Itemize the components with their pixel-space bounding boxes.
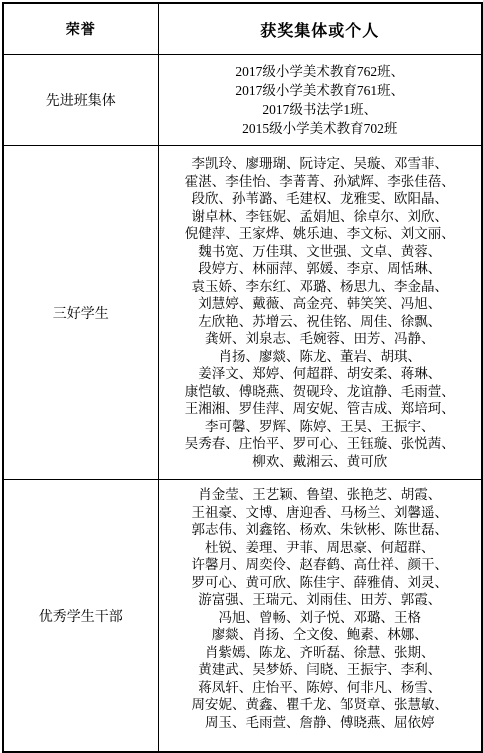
- column-header-recipients: 获奖集体或个人: [158, 3, 482, 55]
- recipients-cell-advanced-class: 2017级小学美术教育762班、 2017级小学美术教育761班、 2017级书…: [158, 55, 482, 146]
- honor-cell-advanced-class: 先进班集体: [3, 55, 158, 146]
- honor-cell-outstanding-cadres: 优秀学生干部: [3, 480, 158, 753]
- table-header-row: 荣誉 获奖集体或个人: [3, 3, 482, 55]
- honor-label: 优秀学生干部: [4, 606, 158, 626]
- column-header-recipients-label: 获奖集体或个人: [260, 23, 379, 40]
- table-row-outstanding-cadres: 优秀学生干部 肖金莹、王艺颖、鲁望、张艳芝、胡霞、 王祖豪、文博、唐迎香、马杨兰…: [3, 480, 482, 753]
- table-row-advanced-class: 先进班集体 2017级小学美术教育762班、 2017级小学美术教育761班、 …: [3, 55, 482, 146]
- recipients-list: 李凯玲、廖珊瑚、阮诗定、吴璇、邓雪菲、 霍湛、李佳怡、李菁菁、孙斌辉、李张佳蓓、…: [159, 155, 482, 470]
- recipients-list: 2017级小学美术教育762班、 2017级小学美术教育761班、 2017级书…: [159, 62, 482, 138]
- honor-awards-table: 荣誉 获奖集体或个人 先进班集体 2017级小学美术教育762班、 2017级小…: [2, 2, 483, 753]
- column-header-honor: 荣誉: [3, 3, 158, 55]
- recipients-cell-outstanding-cadres: 肖金莹、王艺颖、鲁望、张艳芝、胡霞、 王祖豪、文博、唐迎香、马杨兰、刘馨遥、 郭…: [158, 480, 482, 753]
- honor-label: 三好学生: [4, 303, 158, 323]
- honor-label: 先进班集体: [4, 90, 158, 110]
- honor-cell-merit-students: 三好学生: [3, 146, 158, 480]
- table-row-merit-students: 三好学生 李凯玲、廖珊瑚、阮诗定、吴璇、邓雪菲、 霍湛、李佳怡、李菁菁、孙斌辉、…: [3, 146, 482, 480]
- recipients-list: 肖金莹、王艺颖、鲁望、张艳芝、胡霞、 王祖豪、文博、唐迎香、马杨兰、刘馨遥、 郭…: [159, 480, 482, 731]
- column-header-honor-label: 荣誉: [66, 23, 96, 38]
- recipients-cell-merit-students: 李凯玲、廖珊瑚、阮诗定、吴璇、邓雪菲、 霍湛、李佳怡、李菁菁、孙斌辉、李张佳蓓、…: [158, 146, 482, 480]
